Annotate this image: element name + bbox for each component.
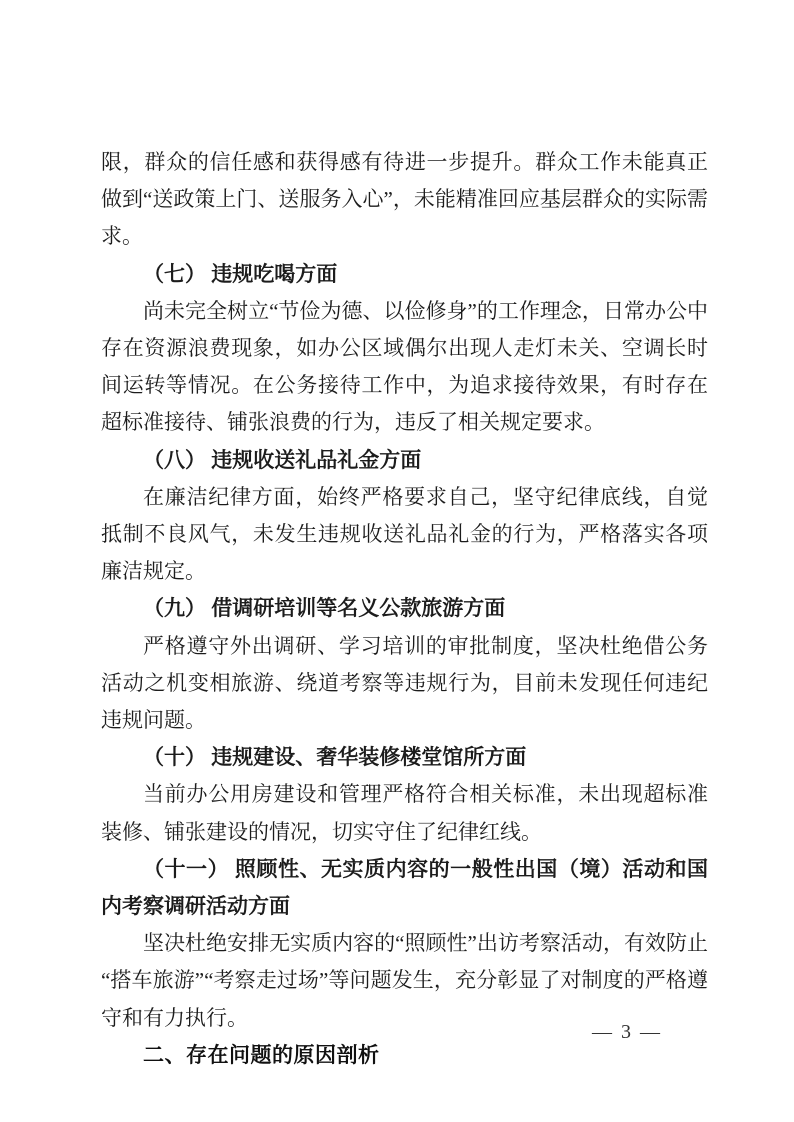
subsection-heading-8: （八） 违规收送礼品礼金方面 xyxy=(101,442,708,479)
subsection-heading-10: （十） 违规建设、奢华装修楼堂馆所方面 xyxy=(101,739,708,776)
paragraph: 严格遵守外出调研、学习培训的审批制度，坚决杜绝借公务活动之机变相旅游、绕道考察等… xyxy=(101,628,708,740)
paragraph-continued: 限，群众的信任感和获得感有待进一步提升。群众工作未能真正做到“送政策上门、送服务… xyxy=(101,144,708,256)
subsection-heading-9: （九） 借调研培训等名义公款旅游方面 xyxy=(101,590,708,627)
paragraph: 在廉洁纪律方面，始终严格要求自己，坚守纪律底线，自觉抵制不良风气，未发生违规收送… xyxy=(101,479,708,591)
subsection-heading-7: （七） 违规吃喝方面 xyxy=(101,256,708,293)
subsection-heading-11: （十一） 照顾性、无实质内容的一般性出国（境）活动和国内考察调研活动方面 xyxy=(101,851,708,925)
page-number: — 3 — xyxy=(592,1018,662,1046)
document-body: 限，群众的信任感和获得感有待进一步提升。群众工作未能真正做到“送政策上门、送服务… xyxy=(101,144,708,1074)
document-page: 限，群众的信任感和获得感有待进一步提升。群众工作未能真正做到“送政策上门、送服务… xyxy=(0,0,794,1122)
paragraph: 尚未完全树立“节俭为德、以俭修身”的工作理念，日常办公中存在资源浪费现象，如办公… xyxy=(101,293,708,442)
paragraph: 当前办公用房建设和管理严格符合相关标准，未出现超标准装修、铺张建设的情况，切实守… xyxy=(101,776,708,850)
